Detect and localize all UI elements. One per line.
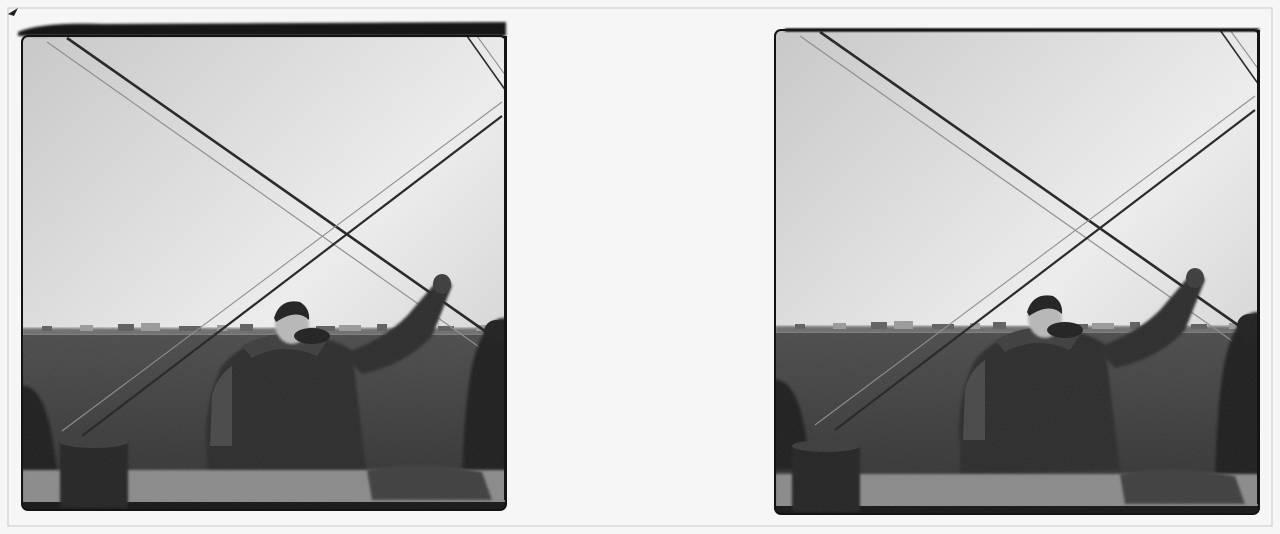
film-grain — [22, 36, 506, 510]
stereo-plate — [0, 0, 1280, 534]
emulsion-edge-right — [1257, 30, 1260, 504]
film-grain — [775, 30, 1259, 514]
emulsion-edge-top — [18, 22, 506, 36]
emulsion-edge-right — [504, 36, 507, 500]
left-frame — [18, 22, 512, 516]
right-frame — [771, 28, 1265, 517]
stereo-photograph — [0, 0, 1280, 534]
emulsion-edge-top — [785, 28, 1259, 32]
